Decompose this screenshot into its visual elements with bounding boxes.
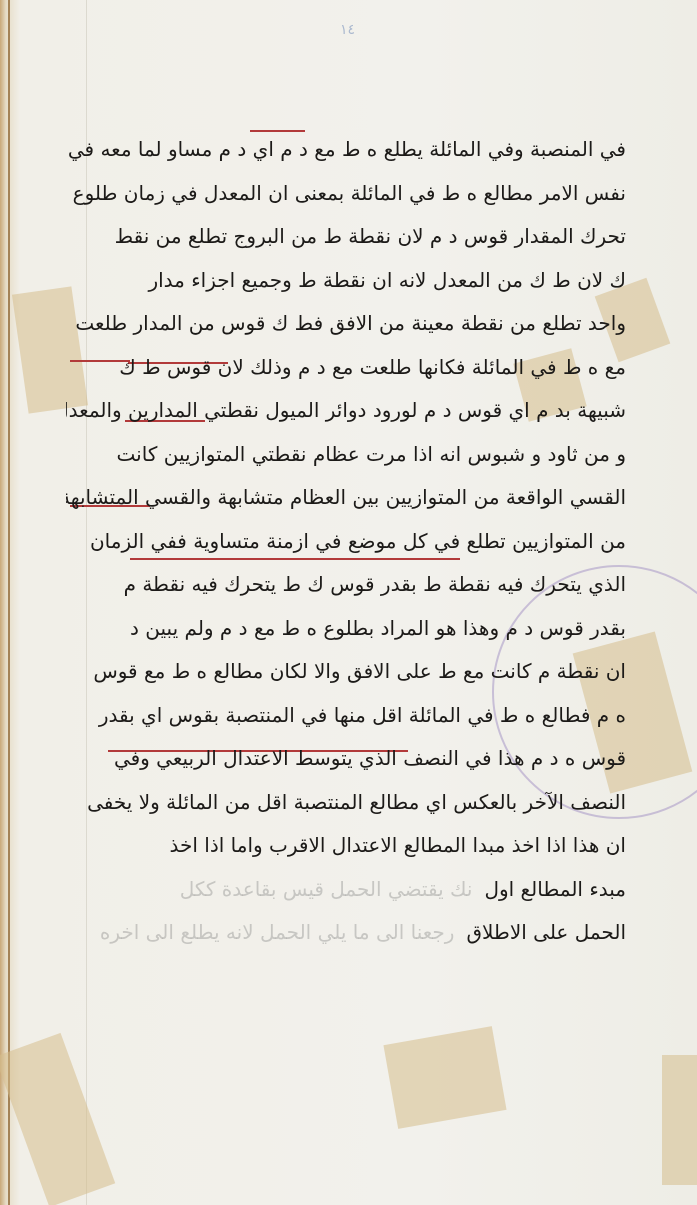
text-line: بقدر قوس د م وهذا هو المراد بطلوع ه ط مع… bbox=[66, 607, 626, 651]
text-line: مبدء المطالع اول نك يقتضي الحمل قيس بقاع… bbox=[66, 868, 626, 912]
text-line: قوس ه د م هذا في النصف الذي يتوسط الاعتد… bbox=[66, 737, 626, 781]
text-line: ك لان ط ك من المعدل لانه ان نقطة ط وجميع… bbox=[66, 259, 626, 303]
text-line: في المنصبة وفي المائلة يطلع ه ط مع د م ا… bbox=[66, 128, 626, 172]
text-line: مع ه ط في المائلة فكانها طلعت مع د م وذل… bbox=[66, 346, 626, 390]
text-line: واحد تطلع من نقطة معينة من الافق فط ك قو… bbox=[66, 302, 626, 346]
text-fragment: الحمل على الاطلاق bbox=[466, 911, 626, 955]
bleed-through-text: نك يقتضي الحمل قيس بقاعدة ككل bbox=[180, 868, 473, 912]
manuscript-page: ١٤ في المنصبة وفي المائلة يطلع ه ط مع د … bbox=[0, 0, 697, 1205]
bleed-through-text: رجعنا الى ما يلي الحمل لانه يطلع الى اخر… bbox=[100, 911, 455, 955]
text-line: تحرك المقدار قوس د م لان نقطة ط من البرو… bbox=[66, 215, 626, 259]
text-line: من المتوازيين تطلع في كل موضع في ازمنة م… bbox=[66, 520, 626, 564]
text-line: الحمل على الاطلاق رجعنا الى ما يلي الحمل… bbox=[66, 911, 626, 955]
text-line: القسي الواقعة من المتوازيين بين العظام م… bbox=[66, 476, 626, 520]
text-line: و من ثاود و شبوس انه اذا مرت عظام نقطتي … bbox=[66, 433, 626, 477]
text-line: ه م فطالع ه ط في المائلة اقل منها في الم… bbox=[66, 694, 626, 738]
text-line: نفس الامر مطالع ه ط في المائلة بمعنى ان … bbox=[66, 172, 626, 216]
repair-tape bbox=[383, 1026, 506, 1129]
repair-tape bbox=[0, 1033, 115, 1205]
manuscript-text: في المنصبة وفي المائلة يطلع ه ط مع د م ا… bbox=[66, 128, 626, 955]
text-line: ان هذا اذا اخذ مبدا المطالع الاعتدال الا… bbox=[66, 824, 626, 868]
text-line: الذي يتحرك فيه نقطة ط بقدر قوس ك ط يتحرك… bbox=[66, 563, 626, 607]
binding-edge bbox=[8, 0, 10, 1205]
text-line: ان نقطة م كانت مع ط على الافق والا لكان … bbox=[66, 650, 626, 694]
folio-number: ١٤ bbox=[340, 22, 355, 38]
repair-tape bbox=[662, 1055, 697, 1185]
text-line: شبيهة بد م اي قوس د م لورود دوائر الميول… bbox=[66, 389, 626, 433]
text-line: النصف الآخر بالعكس اي مطالع المنتصبة اقل… bbox=[66, 781, 626, 825]
text-fragment: مبدء المطالع اول bbox=[484, 868, 626, 912]
